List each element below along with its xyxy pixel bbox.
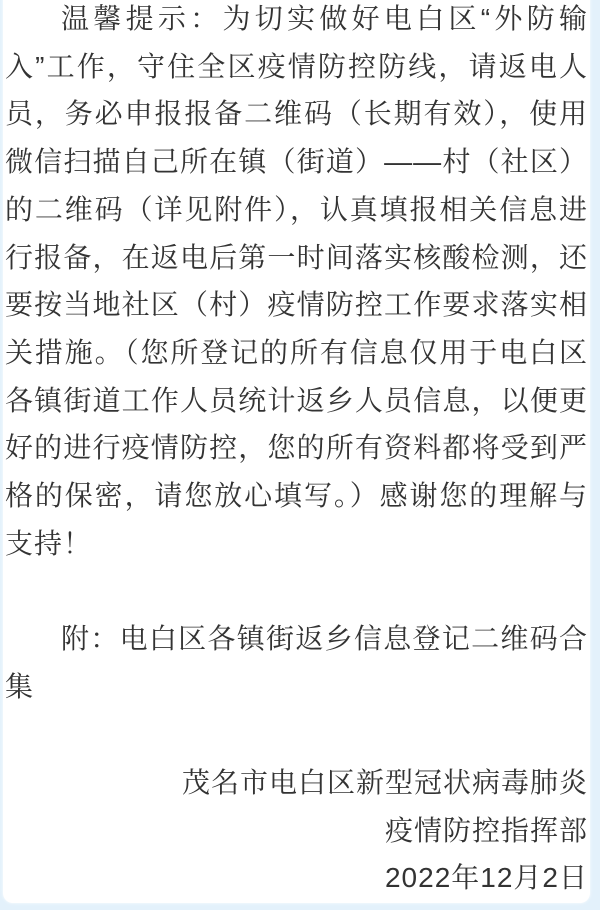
notice-attachment-line: 附：电白区各镇街返乡信息登记二维码合集 [5,615,588,710]
signature-org-line2: 疫情防控指挥部 [5,807,588,855]
signature-org-line1: 茂名市电白区新型冠状病毒肺炎 [5,759,588,807]
signature-block: 茂名市电白区新型冠状病毒肺炎 疫情防控指挥部 2022年12月2日 [5,759,588,902]
article-page: 温馨提示：为切实做好电白区“外防输入”工作，守住全区疫情防控防线，请返电人员，务… [0,0,600,910]
notice-card: 温馨提示：为切实做好电白区“外防输入”工作，守住全区疫情防控防线，请返电人员，务… [3,0,590,903]
signature-date: 2022年12月2日 [5,854,588,902]
notice-body-paragraph: 温馨提示：为切实做好电白区“外防输入”工作，守住全区疫情防控防线，请返电人员，务… [5,0,588,567]
